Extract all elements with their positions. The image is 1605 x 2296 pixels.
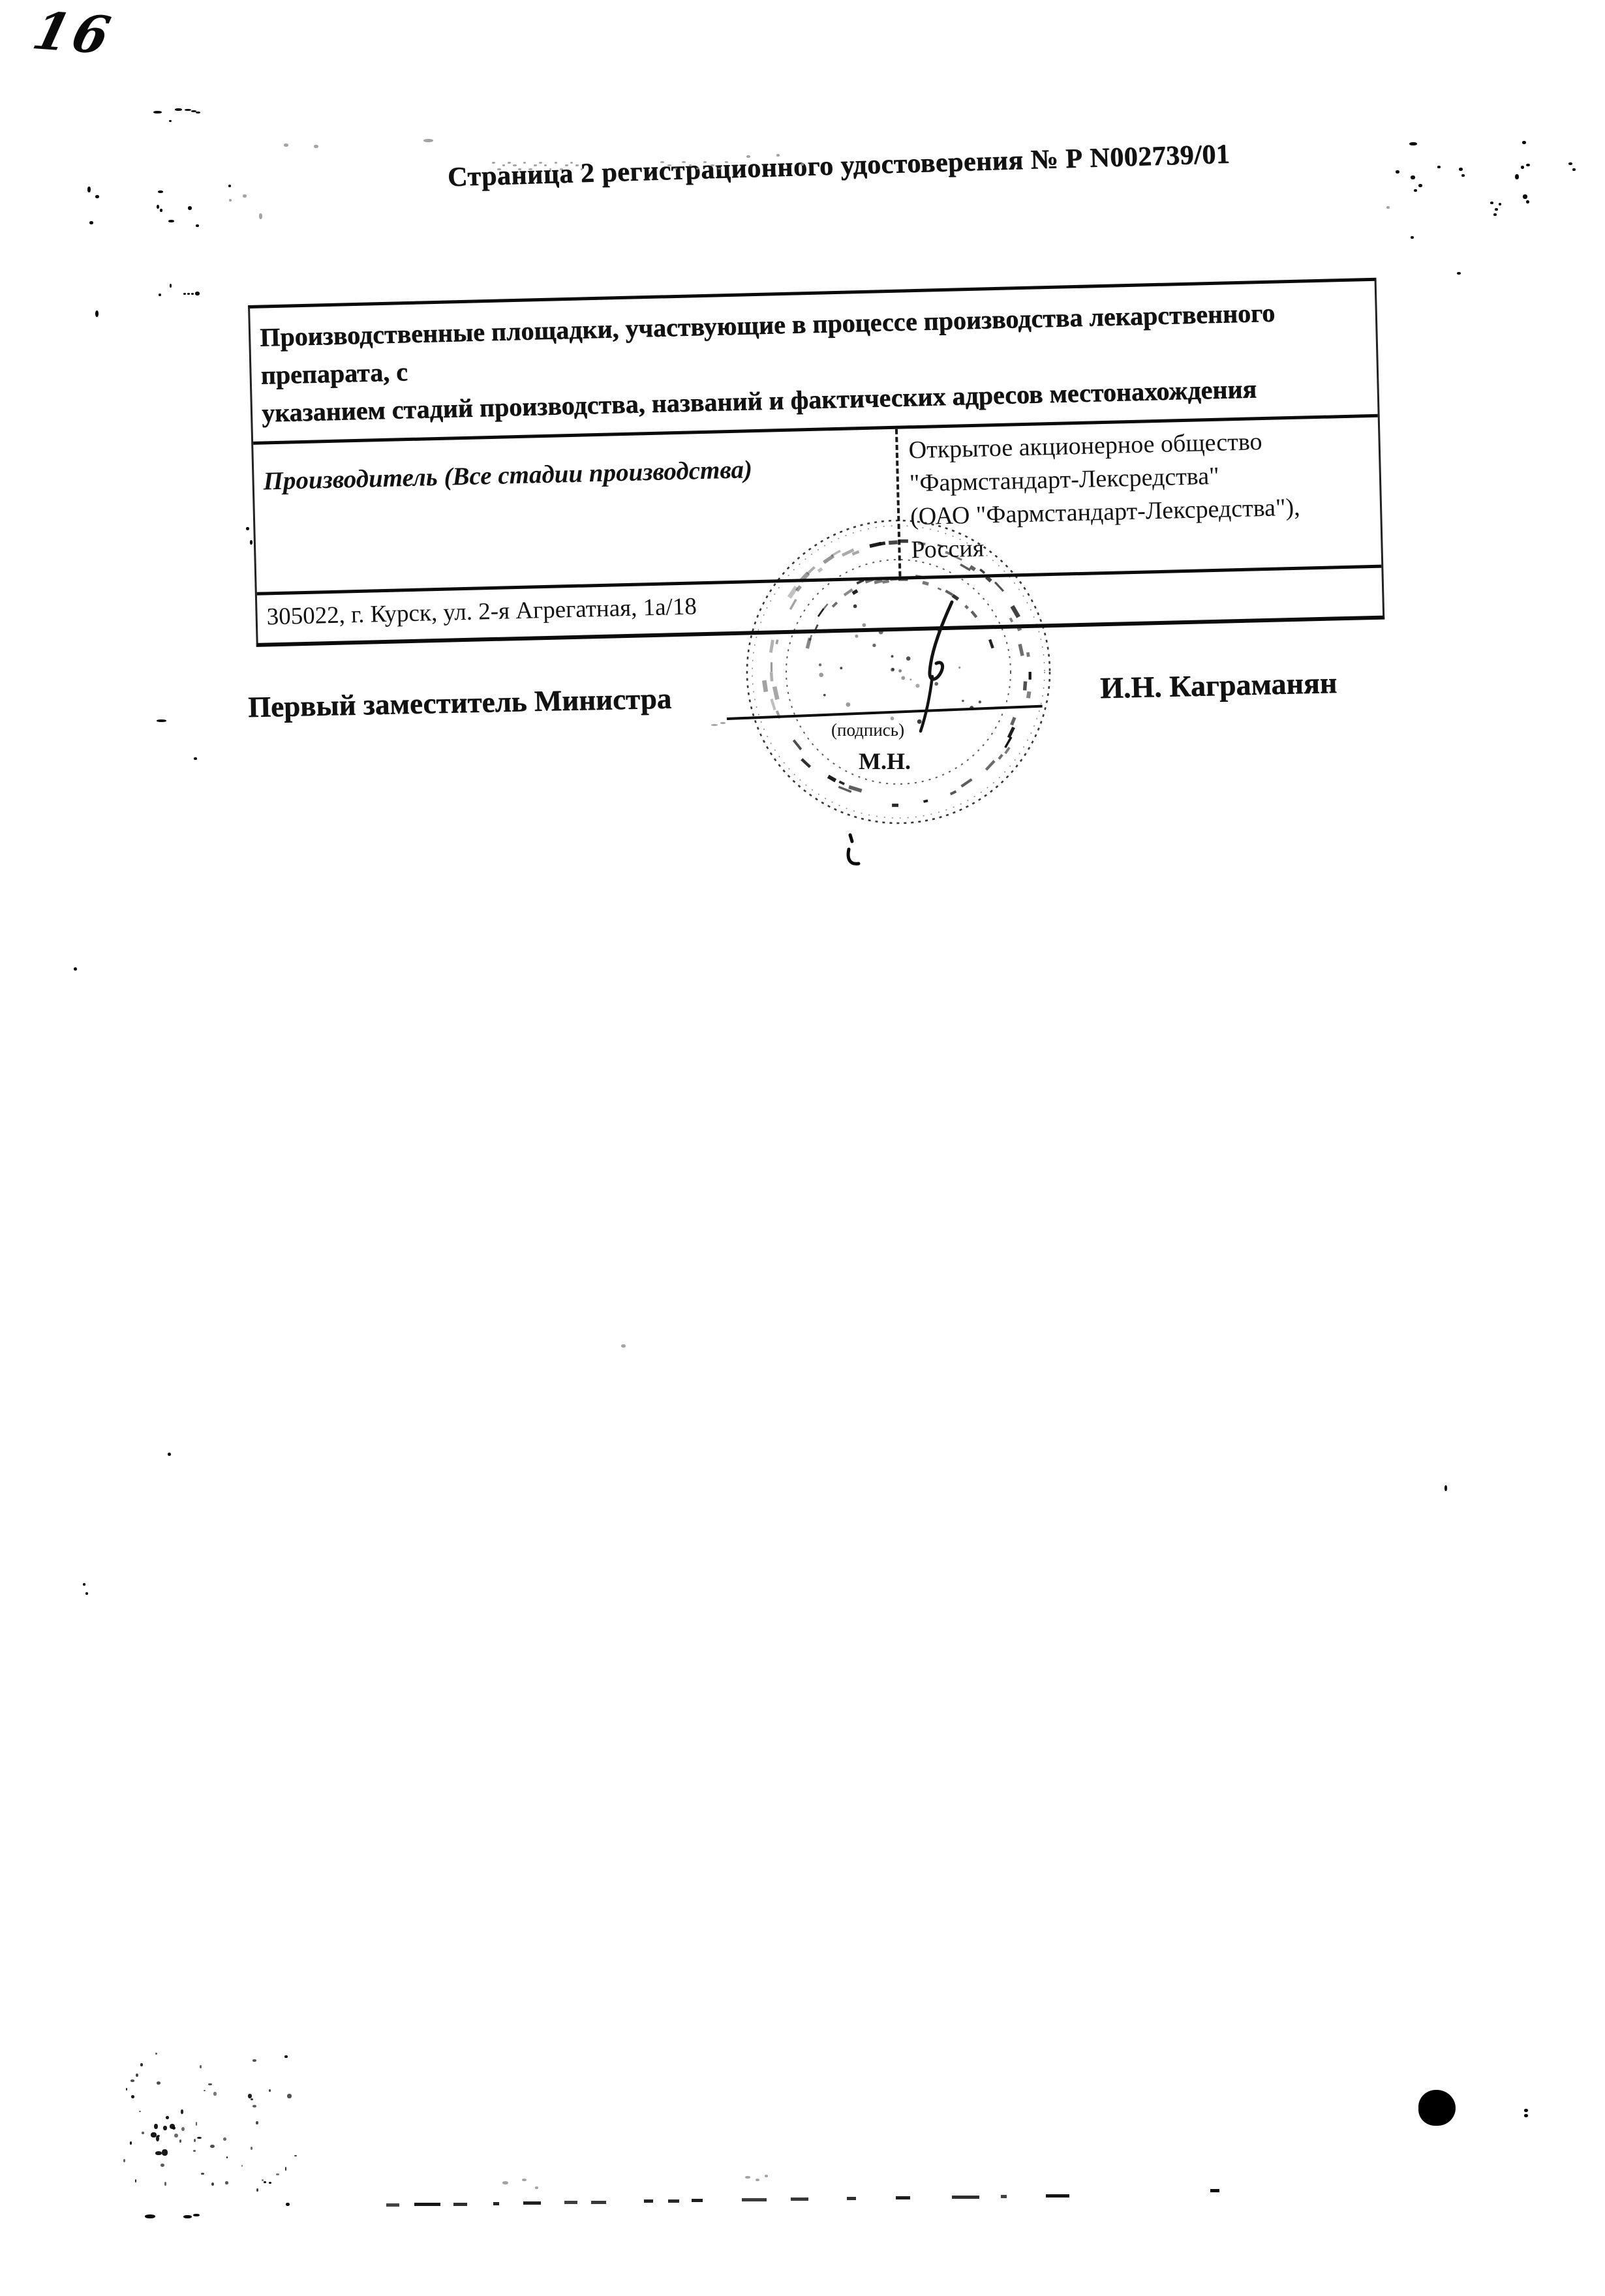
table-header-cell: Производственные площадки, участвующие в… [250, 281, 1377, 442]
ministry-round-seal-stamp [742, 512, 1059, 838]
page-title: Страница 2 регистрационного удостоверени… [447, 138, 1270, 193]
handwritten-page-number: 16 [27, 1, 119, 66]
pen-stroke-curl [842, 832, 872, 871]
scanned-document-page: 16 Страница 2 регистрационного удостовер… [0, 0, 1605, 2296]
signatory-position-title: Первый заместитель Министра [247, 681, 671, 724]
ink-dot-blob [1418, 2090, 1456, 2126]
signatory-name: И.Н. Каграманян [1099, 665, 1337, 705]
